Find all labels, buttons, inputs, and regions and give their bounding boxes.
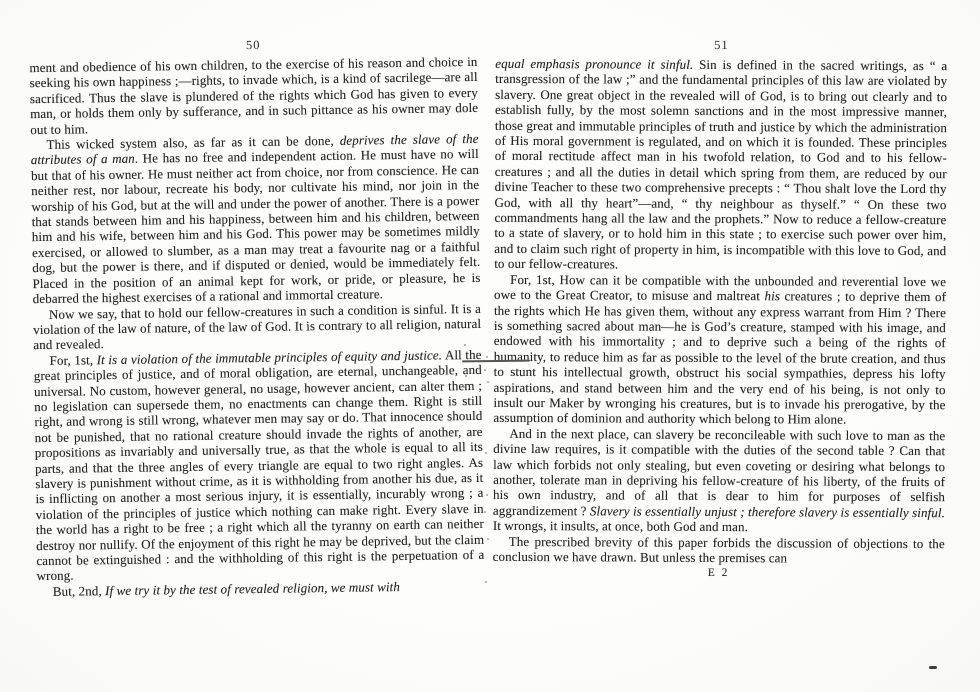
ink-dash-artifact [929, 666, 937, 669]
scan-speckle [485, 581, 487, 583]
scan-speckle [484, 369, 486, 371]
paragraph: And in the next place, can slavery be re… [493, 426, 946, 536]
italic-text-segment: If we try it by the test of revealed rel… [105, 579, 400, 598]
scan-speckle [486, 494, 488, 496]
paragraph: The prescribed brevity of this paper for… [493, 533, 945, 566]
page-number-right: 51 [495, 37, 947, 54]
scan-speckle [484, 511, 486, 513]
italic-text-segment: Slavery is essentially unjust ; therefor… [590, 503, 945, 520]
scan-speckle [465, 375, 467, 377]
text-segment: All the great principles of justice, and… [34, 347, 485, 584]
paragraph: Now we say, that to hold our fellow-crea… [33, 300, 482, 352]
page-left: 50 ment and obedience of his own childre… [29, 35, 485, 599]
text-segment: ment and obedience of his own children, … [29, 54, 478, 137]
text-segment: creatures ; to deprive them of the right… [493, 288, 946, 427]
text-segment: But, 2nd, [53, 583, 106, 599]
text-segment: Sin is defined in the sacred writings, a… [494, 57, 947, 272]
scan-speckle [463, 386, 465, 388]
page-number-left: 50 [29, 35, 477, 56]
text-segment: Now we say, that to hold our fellow-crea… [33, 300, 481, 352]
right-page-text: equal emphasis pronounce it sinful. Sin … [493, 56, 948, 567]
signature-mark: E 2 [493, 566, 945, 580]
scan-speckle [487, 381, 489, 383]
left-page-text: ment and obedience of his own children, … [29, 54, 484, 599]
text-segment: It wrongs, it insults, at once, both God… [493, 518, 748, 534]
italic-text-segment: his [764, 288, 780, 303]
italic-text-segment: equal emphasis pronounce it sinful. [495, 56, 693, 72]
text-segment: . He has no free and independent action.… [31, 146, 481, 306]
scan-speckle [485, 452, 487, 454]
scan-speckle [486, 356, 488, 358]
text-segment: The prescribed brevity of this paper for… [493, 533, 945, 565]
scan-speckle [464, 344, 466, 346]
paragraph: For, 1st, It is a violation of the immut… [33, 347, 484, 584]
paragraph: This wicked system also, as far as it ca… [30, 131, 480, 307]
paragraph: For, 1st, How can it be compatible with … [493, 272, 946, 428]
book-spread: 50 ment and obedience of his own childre… [0, 0, 980, 692]
paragraph: equal emphasis pronounce it sinful. Sin … [494, 56, 947, 274]
scan-speckle [487, 538, 489, 540]
paragraph: ment and obedience of his own children, … [29, 54, 478, 137]
page-right: 51 equal emphasis pronounce it sinful. S… [493, 37, 948, 581]
text-segment: For, 1st, [49, 352, 96, 368]
